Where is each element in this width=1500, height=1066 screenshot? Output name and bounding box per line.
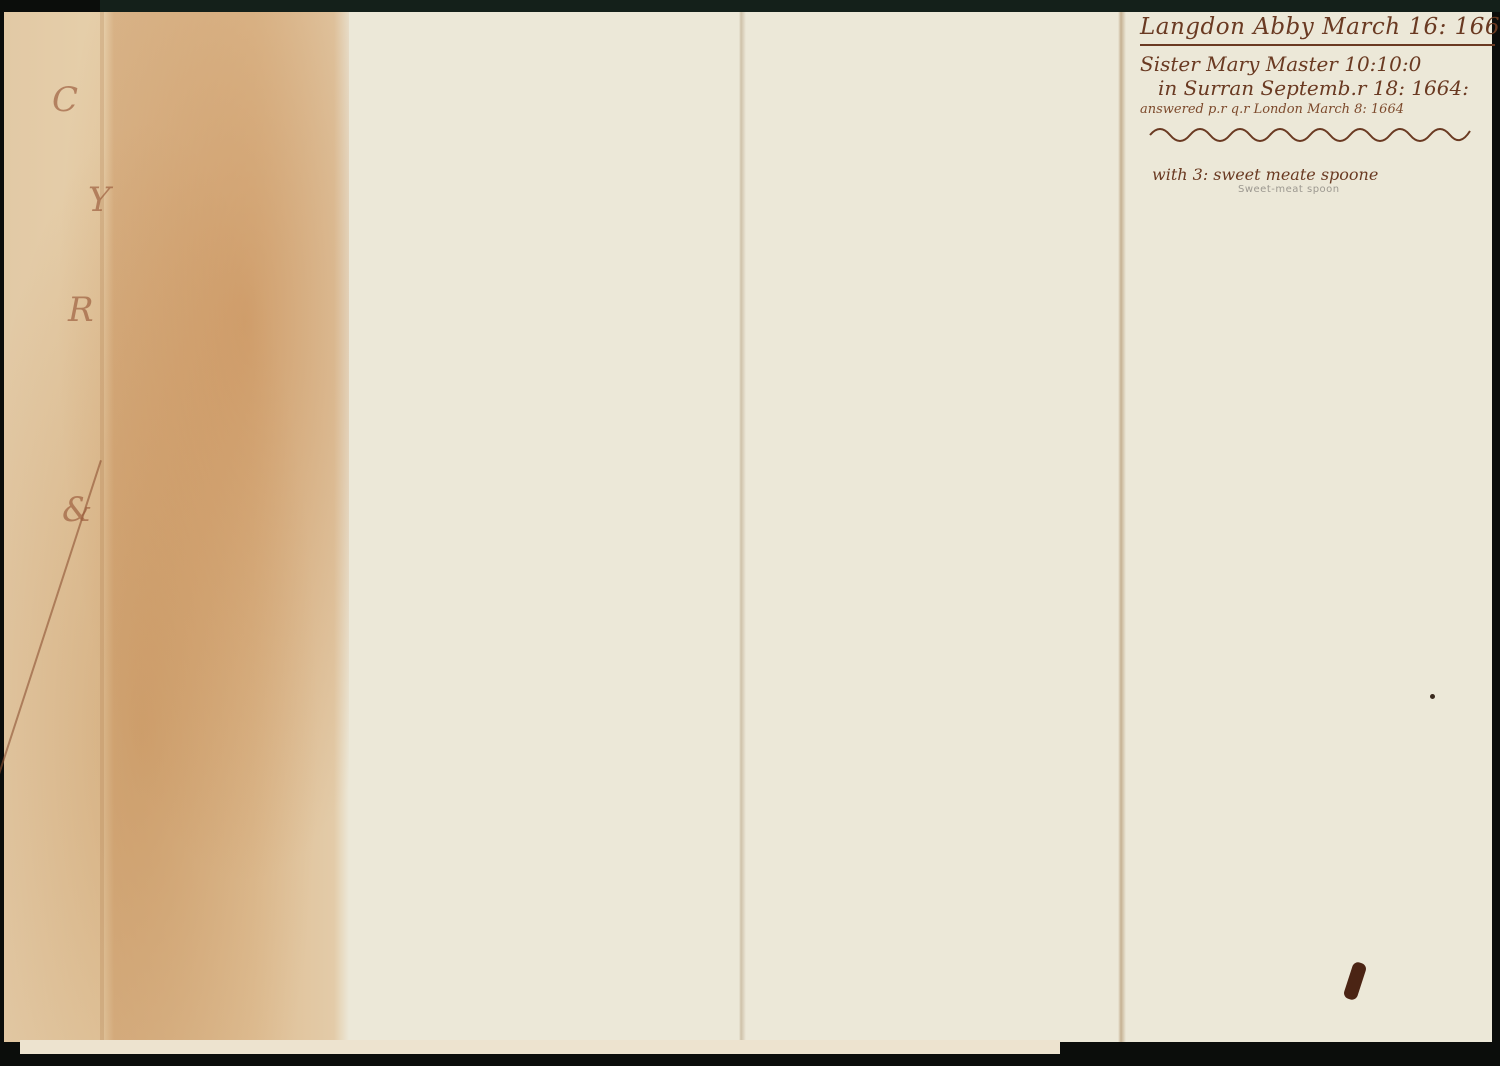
margin-mark: C — [52, 80, 78, 120]
docket-correspondent: Sister Mary Master 10:10:0 — [1140, 52, 1495, 76]
flourish-divider — [1140, 119, 1490, 145]
margin-mark: Y — [88, 180, 110, 220]
ink-dot — [1430, 694, 1435, 699]
docket-endorsement: Langdon Abby March 16: 1663 Sister Mary … — [1140, 14, 1495, 195]
docket-place-date: Langdon Abby March 16: 1663 — [1140, 14, 1495, 46]
margin-mark: & — [62, 490, 92, 530]
docket-enclosure: with 3: sweet meate spoone — [1140, 165, 1495, 184]
docket-received: in Surran Septemb.r 18: 1664: — [1140, 76, 1495, 100]
fold-line-left — [100, 12, 104, 1042]
underlying-sheet-edge — [20, 1040, 1060, 1054]
scan-border-top — [100, 0, 1500, 12]
docket-answered: answered p.r q.r London March 8: 1664 — [1140, 102, 1495, 117]
pencil-annotation: Sweet-meat spoon — [1238, 184, 1495, 195]
margin-mark: R — [68, 290, 94, 330]
water-stain-left-panel — [4, 12, 349, 1042]
